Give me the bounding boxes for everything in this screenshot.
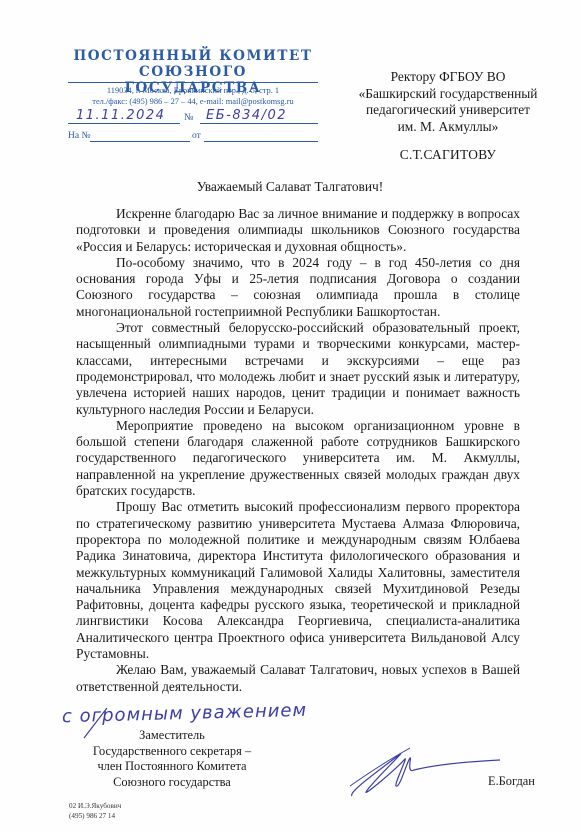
- reference-line: На № от: [68, 131, 318, 145]
- executor-phone: (495) 986 27 14: [69, 811, 121, 821]
- ref-date-blank: [204, 141, 318, 142]
- org-name-line1: ПОСТОЯННЫЙ КОМИТЕТ: [68, 48, 318, 64]
- signer-name: Е.Богдан: [488, 774, 535, 789]
- body-paragraph: Искренне благодарю Вас за личное внимани…: [76, 206, 520, 255]
- executor-info: 02 И.Э.Якубович (495) 986 27 14: [69, 801, 121, 821]
- addressee-name: С.Т.САГИТОВУ: [338, 147, 558, 163]
- date-underline: [68, 123, 180, 124]
- addressee-line: им. М. Акмуллы»: [338, 119, 558, 136]
- body-paragraph: По-особому значимо, что в 2024 году – в …: [76, 255, 520, 320]
- outgoing-number: ЕБ-834/02: [206, 108, 287, 123]
- org-contacts: тел./факс: (495) 986 – 27 – 44, e-mail: …: [68, 96, 318, 107]
- body-paragraph: Желаю Вам, уважаемый Салават Талгатович,…: [76, 662, 520, 695]
- ref-from-label: от: [192, 131, 201, 141]
- salutation: Уважаемый Салават Талгатович!: [62, 179, 518, 195]
- addressee-line: «Башкирский государственный: [338, 86, 558, 103]
- addressee-line: Ректору ФГБОУ ВО: [338, 69, 558, 86]
- number-underline: [200, 123, 318, 124]
- ref-number-label: На №: [68, 131, 91, 141]
- letter-body: Искренне благодарю Вас за личное внимани…: [76, 206, 520, 695]
- body-paragraph: Прошу Вас отметить высокий профессионали…: [76, 499, 520, 662]
- body-paragraph: Этот совместный белорусско-российский об…: [76, 320, 520, 418]
- position-line: член Постоянного Комитета: [62, 759, 282, 775]
- executor-name: 02 И.Э.Якубович: [69, 801, 121, 811]
- signer-position: Заместитель Государственного секретаря –…: [62, 728, 282, 790]
- org-address: 119034, г. Москва, Еропкинский пер., д. …: [68, 85, 318, 96]
- position-line: Союзного государства: [62, 775, 282, 791]
- body-paragraph: Мероприятие проведено на высоком организ…: [76, 418, 520, 499]
- letterhead-divider: [68, 82, 318, 83]
- position-line: Государственного секретаря –: [62, 744, 282, 760]
- addressee-line: педагогический университет: [338, 102, 558, 119]
- outgoing-date: 11.11.2024: [76, 108, 165, 123]
- addressee-block: Ректору ФГБОУ ВО «Башкирский государстве…: [338, 69, 558, 135]
- position-line: Заместитель: [62, 728, 282, 744]
- signature-icon: [340, 740, 520, 800]
- outgoing-registration: 11.11.2024 № ЕБ-834/02: [68, 108, 318, 124]
- number-label: №: [184, 112, 194, 123]
- ref-number-blank: [90, 141, 190, 142]
